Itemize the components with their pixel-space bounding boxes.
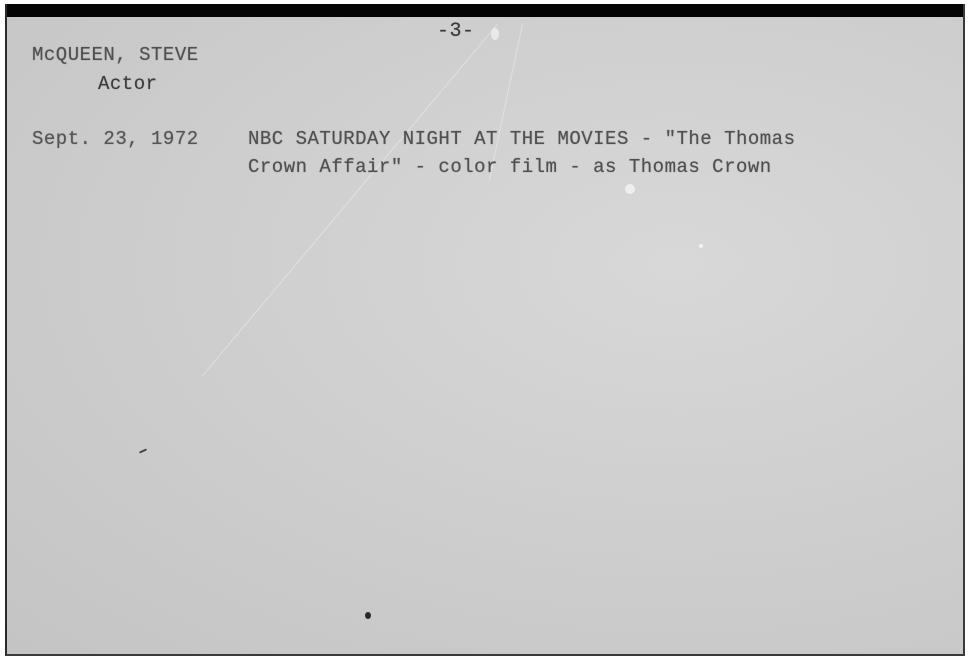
scan-border-strip [7, 4, 963, 17]
subject-occupation: Actor [98, 73, 158, 95]
dust-spot [491, 28, 499, 40]
page-number: -3- [437, 20, 475, 43]
ink-mark [139, 448, 147, 453]
film-scratch [201, 24, 497, 377]
index-card: -3- McQUEEN, STEVE Actor Sept. 23, 1972 … [5, 4, 965, 656]
subject-name: McQUEEN, STEVE [32, 44, 199, 66]
dust-spot [699, 244, 703, 248]
ink-blot [365, 612, 371, 619]
dust-spot [625, 184, 635, 194]
entry-date: Sept. 23, 1972 [32, 128, 199, 150]
entry-description-line: Crown Affair" - color film - as Thomas C… [248, 156, 772, 178]
entry-description-line: NBC SATURDAY NIGHT AT THE MOVIES - "The … [248, 128, 796, 150]
